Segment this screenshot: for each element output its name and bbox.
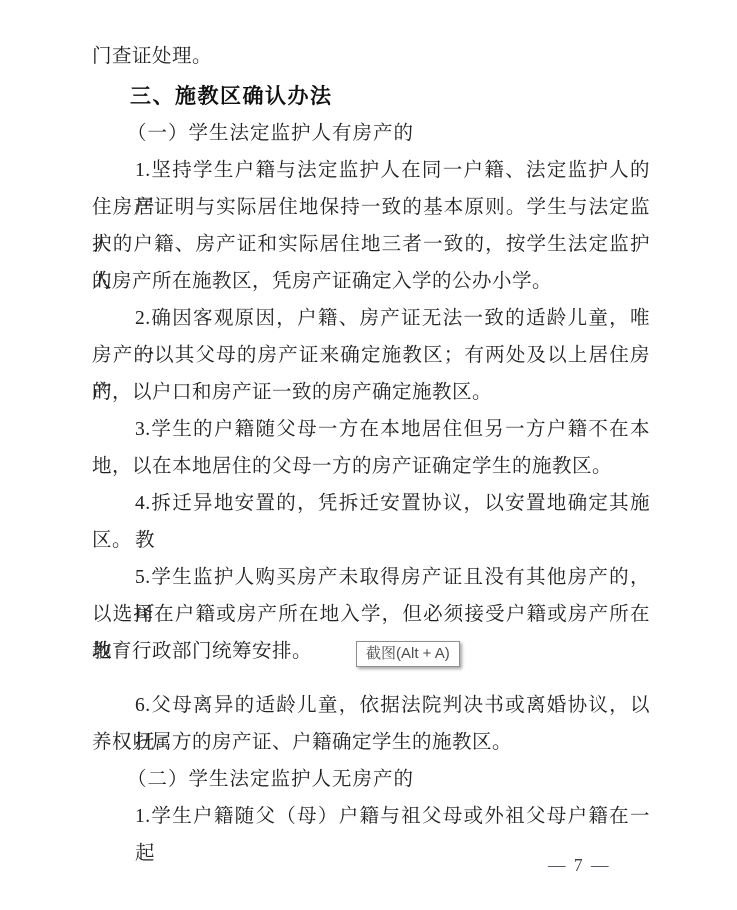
- section-heading: 三、施教区确认办法: [92, 78, 650, 115]
- body-line: 2.确因客观原因，户籍、房产证无法一致的适龄儿童，唯一: [92, 300, 650, 337]
- body-line: 门查证处理。: [92, 38, 650, 75]
- screenshot-tooltip-label: 截图(Alt + A): [366, 645, 450, 662]
- body-line: 1.坚持学生户籍与法定监护人在同一户籍、法定监护人的居: [92, 152, 650, 189]
- body-line: 地，以在本地居住的父母一方的房产证确定学生的施教区。: [92, 448, 650, 485]
- body-line: 房产的以其父母的房产证来确定施教区；有两处及以上居住房产: [92, 337, 650, 374]
- body-line: 的，以户口和房产证一致的房产确定施教区。: [92, 374, 650, 411]
- body-line: 的房产所在施教区，凭房产证确定入学的公办小学。: [92, 263, 650, 300]
- body-line: 养权归属方的房产证、户籍确定学生的施教区。: [92, 724, 650, 761]
- body-line: 住房产证明与实际居住地保持一致的基本原则。学生与法定监护: [92, 189, 650, 226]
- document-page: 门查证处理。 三、施教区确认办法 （一）学生法定监护人有房产的 1.坚持学生户籍…: [0, 0, 737, 910]
- body-line: 5.学生监护人购买房产未取得房产证且没有其他房产的，可: [92, 559, 650, 596]
- body-line: 4.拆迁异地安置的，凭拆迁安置协议，以安置地确定其施教: [92, 485, 650, 522]
- body-line: 人的户籍、房产证和实际居住地三者一致的，按学生法定监护人: [92, 226, 650, 263]
- body-line: 3.学生的户籍随父母一方在本地居住但另一方户籍不在本: [92, 411, 650, 448]
- document-text-block: 门查证处理。 三、施教区确认办法 （一）学生法定监护人有房产的 1.坚持学生户籍…: [92, 38, 650, 835]
- body-line: 区。: [92, 522, 650, 559]
- subsection-heading-2: （二）学生法定监护人无房产的: [92, 761, 650, 798]
- body-line: 1.学生户籍随父（母）户籍与祖父母或外祖父母户籍在一起: [92, 798, 650, 835]
- body-line: 6.父母离异的适龄儿童，依据法院判决书或离婚协议，以抚: [92, 687, 650, 724]
- subsection-heading-1: （一）学生法定监护人有房产的: [92, 115, 650, 152]
- page-number: — 7 —: [548, 855, 611, 876]
- screenshot-tooltip: 截图(Alt + A): [356, 641, 460, 667]
- body-line: 以选择在户籍或房产所在地入学，但必须接受户籍或房产所在地: [92, 596, 650, 633]
